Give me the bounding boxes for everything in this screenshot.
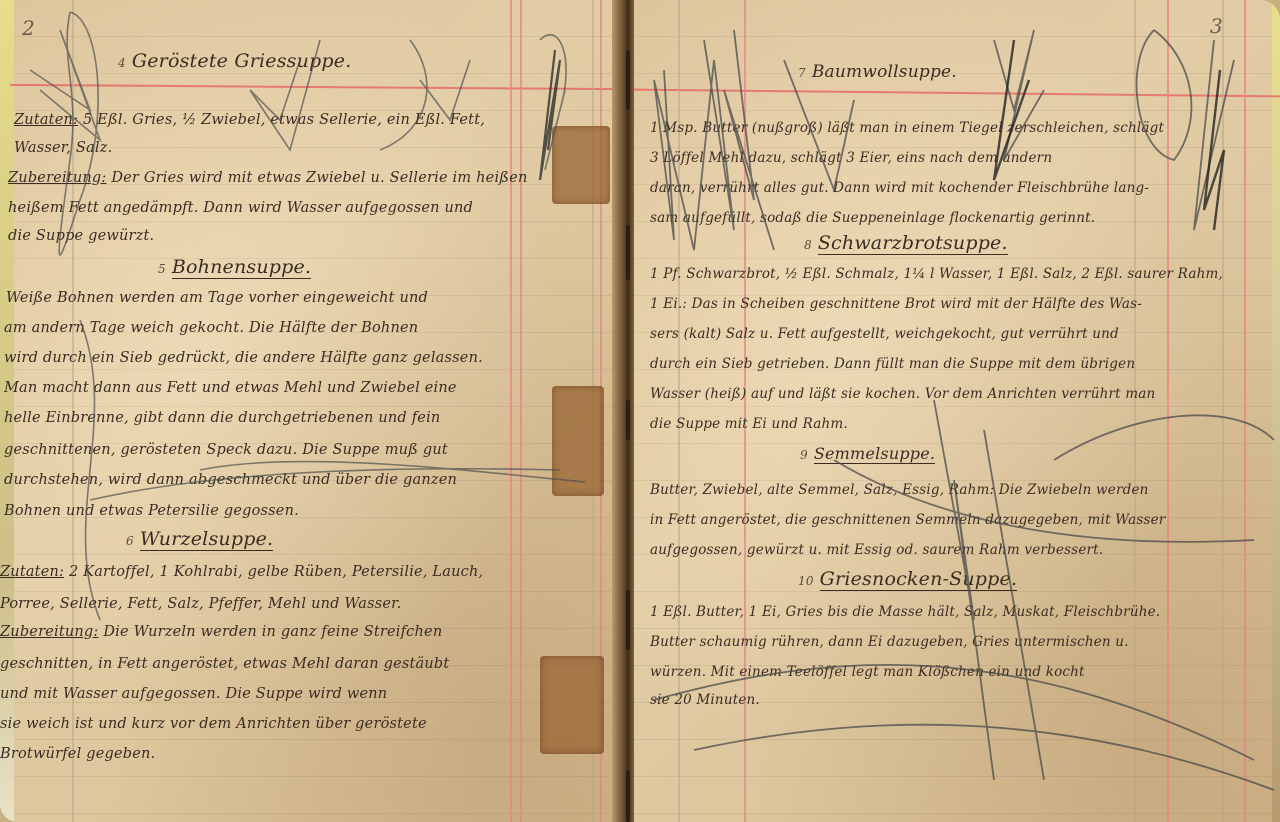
recipe-line: würzen. Mit einem Teelöffel legt man Klö… [650,664,1085,680]
tape-patch [552,386,604,496]
recipe-line: daran, verrührt alles gut. Dann wird mit… [650,180,1149,196]
recipe-line: sam aufgefüllt, sodaß die Sueppeneinlage… [650,210,1095,226]
recipe-line: 1 Msp. Butter (nußgroß) läßt man in eine… [650,120,1164,136]
recipe-line: Weiße Bohnen werden am Tage vorher einge… [6,290,428,306]
recipe-title: 8Schwarzbrotsuppe. [804,232,1008,254]
binding-stitch [626,770,630,822]
recipe-line: geschnittenen, gerösteten Speck dazu. Di… [4,442,448,458]
recipe-line: Man macht dann aus Fett und etwas Mehl u… [4,380,457,396]
binding-stitch [626,50,630,110]
top-margin-line [634,89,1280,98]
recipe-line: aufgegossen, gewürzt u. mit Essig od. sa… [650,542,1103,558]
recipe-title: 6Wurzelsuppe. [126,528,273,550]
tape-patch [552,126,610,204]
left-page: 2 4Geröstete Griessuppe. Zutaten: 5 Eßl.… [0,0,622,822]
right-page: 3 7Baumwollsuppe. 1 Msp. Butter (nußgroß… [634,0,1280,822]
recipe-title: 10Griesnocken-Suppe. [798,568,1017,590]
recipe-title: 9Semmelsuppe. [800,444,935,463]
recipe-line: 1 Ei.: Das in Scheiben geschnittene Brot… [650,296,1142,312]
recipe-number: 6 [126,534,134,548]
recipe-line: geschnitten, in Fett angeröstet, etwas M… [0,656,449,672]
recipe-line: und mit Wasser aufgegossen. Die Suppe wi… [0,686,387,702]
recipe-line: helle Einbrenne, gibt dann die durchgetr… [4,410,440,426]
recipe-line: Zutaten: 2 Kartoffel, 1 Kohlrabi, gelbe … [0,564,483,580]
tape-patch [540,656,604,754]
notebook-spread: 2 4Geröstete Griessuppe. Zutaten: 5 Eßl.… [0,0,1280,822]
recipe-line: durch ein Sieb getrieben. Dann füllt man… [650,356,1135,372]
binding-stitch [626,590,630,650]
recipe-number: 5 [158,262,166,276]
recipe-line: Zubereitung: Der Gries wird mit etwas Zw… [8,170,528,186]
recipe-number: 4 [118,56,126,70]
recipe-number: 7 [798,66,806,80]
recipe-line: 3 Löffel Mehl dazu, schlägt 3 Eier, eins… [650,150,1052,166]
recipe-line: 1 Eßl. Butter, 1 Ei, Gries bis die Masse… [650,604,1160,620]
recipe-line: am andern Tage weich gekocht. Die Hälfte… [4,320,418,336]
binding-stitch [626,225,630,280]
recipe-line: Zutaten: 5 Eßl. Gries, ½ Zwiebel, etwas … [14,112,485,128]
recipe-line: Wasser, Salz. [14,140,112,156]
recipe-title: 7Baumwollsuppe. [798,62,957,82]
binding-stitch [626,400,630,440]
recipe-line: heißem Fett angedämpft. Dann wird Wasser… [8,200,473,216]
recipe-number: 9 [800,448,808,462]
top-margin-line [10,84,622,90]
margin-line [520,0,522,822]
recipe-line: Porree, Sellerie, Fett, Salz, Pfeffer, M… [0,596,402,612]
recipe-line: wird durch ein Sieb gedrückt, die andere… [4,350,483,366]
recipe-line: Wasser (heiß) auf und läßt sie kochen. V… [650,386,1155,402]
column-line [1222,0,1224,822]
recipe-line: 1 Pf. Schwarzbrot, ½ Eßl. Schmalz, 1¼ l … [650,266,1223,282]
recipe-line: sie 20 Minuten. [650,692,760,708]
page-number: 3 [1210,14,1223,38]
recipe-line: sers (kalt) Salz u. Fett aufgestellt, we… [650,326,1119,342]
recipe-title: 5Bohnensuppe. [158,256,311,278]
recipe-line: die Suppe mit Ei und Rahm. [650,416,848,432]
recipe-line: durchstehen, wird dann abgeschmeckt und … [4,472,457,488]
margin-line [1244,0,1246,822]
recipe-line: Butter, Zwiebel, alte Semmel, Salz, Essi… [650,482,1149,498]
recipe-line: Bohnen und etwas Petersilie gegossen. [4,503,299,519]
page-number: 2 [22,16,35,40]
background-edge [1272,0,1280,822]
recipe-line: die Suppe gewürzt. [8,228,154,244]
recipe-line: Zubereitung: Die Wurzeln werden in ganz … [0,624,442,640]
recipe-line: in Fett angeröstet, die geschnittenen Se… [650,512,1165,528]
margin-line [510,0,512,822]
margin-line [1167,0,1169,822]
recipe-number: 10 [798,574,814,588]
recipe-line: Butter schaumig rühren, dann Ei dazugebe… [650,634,1129,650]
recipe-line: Brotwürfel gegeben. [0,746,155,762]
recipe-title: 4Geröstete Griessuppe. [118,50,351,72]
recipe-line: sie weich ist und kurz vor dem Anrichten… [0,716,427,732]
recipe-number: 8 [804,238,812,252]
